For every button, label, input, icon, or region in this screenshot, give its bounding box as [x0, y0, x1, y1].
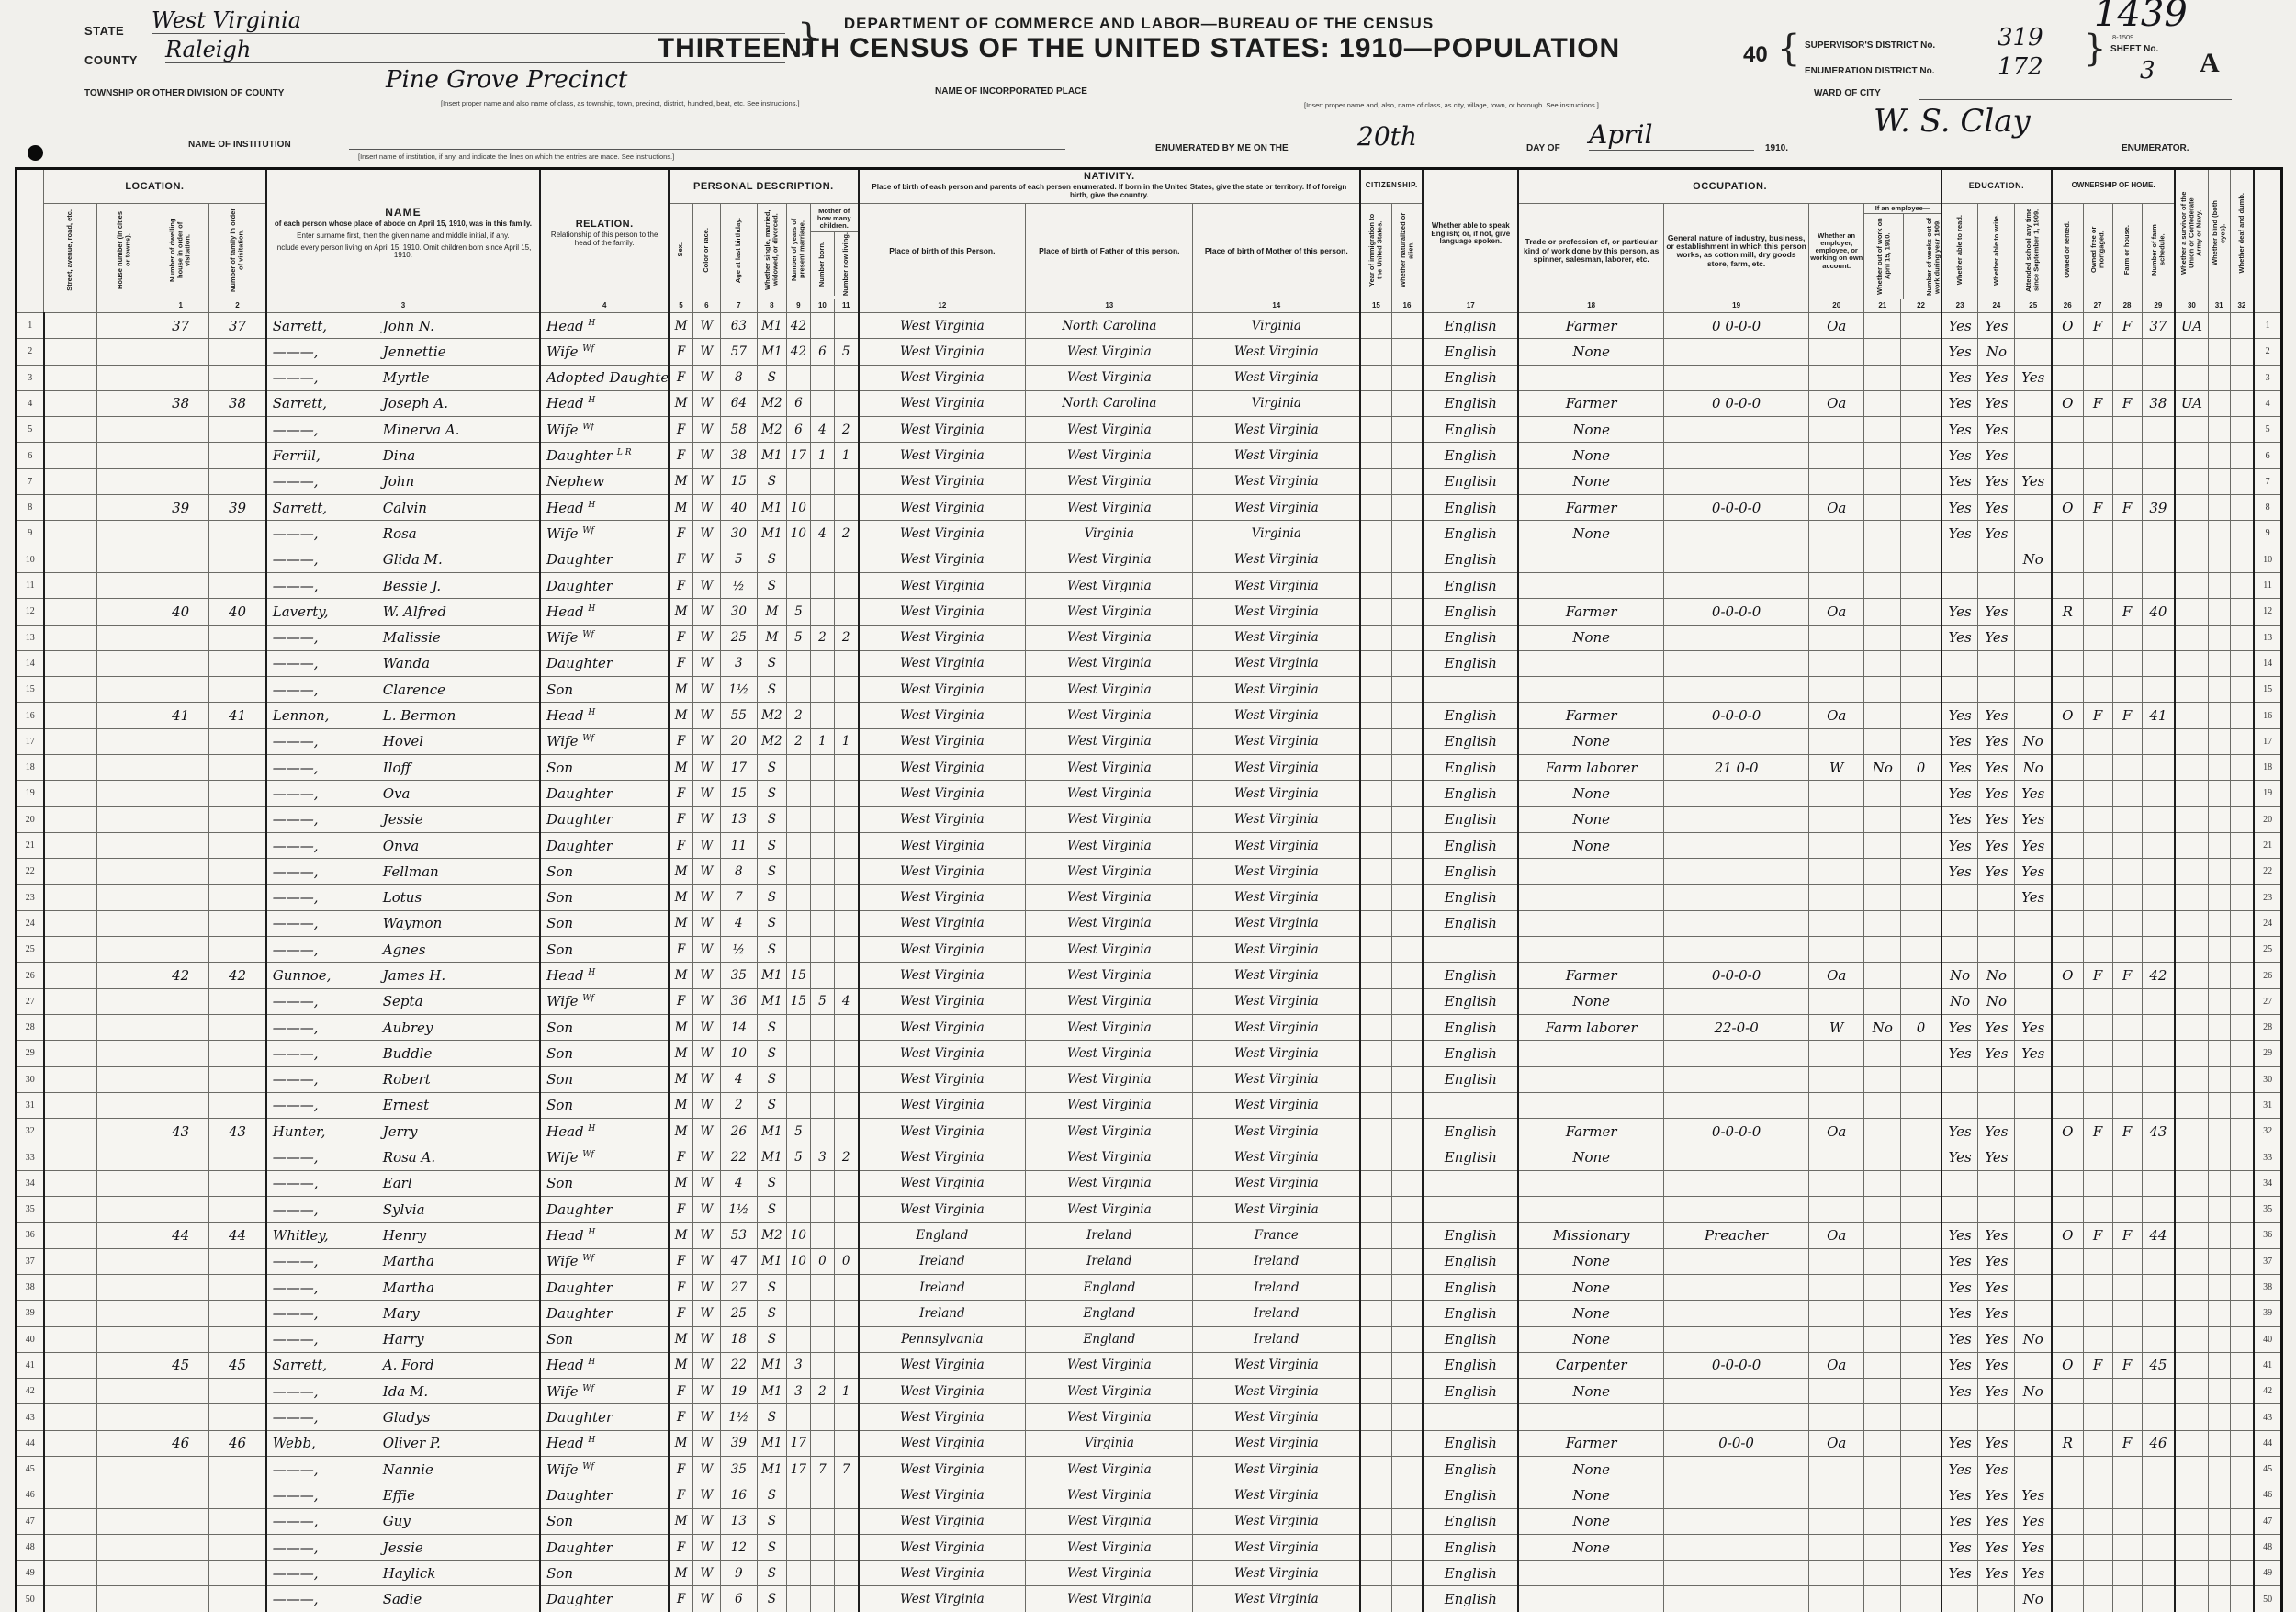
column-number: 10: [810, 299, 834, 312]
house-number-cell: [97, 781, 152, 806]
industry-cell: [1664, 365, 1809, 390]
relation-cell: Son: [540, 1092, 669, 1118]
children-born-cell: [810, 468, 834, 494]
years-married-cell: [786, 1014, 810, 1040]
relation-value: Daughter: [546, 838, 613, 854]
surname: ———,: [273, 1409, 383, 1426]
deaf-dumb-cell: [2230, 1092, 2254, 1118]
free-mortgaged-cell: [2083, 599, 2112, 625]
surname: Sarrett,: [273, 395, 383, 411]
home-owned-cell: [2052, 781, 2083, 806]
dwelling-number-cell: [152, 1457, 209, 1482]
marital-status-cell: M2: [757, 390, 786, 416]
age-cell: 57: [720, 339, 757, 365]
attended-school-cell: [2015, 1223, 2052, 1248]
dwelling-number-cell: [152, 806, 209, 832]
enumerated-day: 20th: [1357, 121, 1514, 152]
deaf-dumb-cell: [2230, 677, 2254, 703]
relation-value: Son: [546, 941, 573, 958]
immigration-year-cell: [1360, 521, 1391, 547]
relation-value: Daughter: [546, 1201, 613, 1218]
table-row: 9———,RosaWife WfFW30M11042West VirginiaV…: [17, 521, 2282, 547]
family-number-cell: 39: [209, 495, 266, 521]
name-cell: ———,Ernest: [266, 1092, 540, 1118]
name-cell: ———,Onva: [266, 832, 540, 858]
owned-rented-column-header: Owned or rented.: [2052, 203, 2083, 299]
veteran-cell: [2175, 521, 2208, 547]
sex-cell: M: [669, 1561, 692, 1586]
house-number-cell: [97, 1274, 152, 1300]
line-number-right: 10: [2254, 547, 2281, 572]
surname: ———,: [273, 1253, 383, 1269]
can-read-cell: Yes: [1941, 1119, 1978, 1144]
house-number-cell: [97, 599, 152, 625]
line-number: 6: [17, 443, 44, 468]
veteran-cell: [2175, 547, 2208, 572]
naturalization-cell: [1391, 1066, 1423, 1092]
free-mortgaged-cell: [2083, 417, 2112, 443]
industry-cell: [1664, 1404, 1809, 1430]
color-race-cell: W: [692, 963, 720, 988]
naturalization-cell: [1391, 417, 1423, 443]
birthplace-cell: West Virginia: [859, 832, 1026, 858]
line-number-right: 28: [2254, 1014, 2281, 1040]
line-number: 31: [17, 1092, 44, 1118]
farm-or-house-cell: [2112, 754, 2142, 780]
years-married-cell: 3: [786, 1352, 810, 1378]
language-cell: English: [1423, 572, 1518, 598]
attended-school-cell: Yes: [2015, 365, 2052, 390]
immigration-year-cell: [1360, 1508, 1391, 1534]
mother-birthplace-cell: West Virginia: [1193, 806, 1360, 832]
dwelling-number-cell: 43: [152, 1119, 209, 1144]
relation-cell: Son: [540, 677, 669, 703]
father-birthplace-cell: Ireland: [1026, 1248, 1193, 1274]
father-birthplace-cell: West Virginia: [1026, 885, 1193, 910]
naturalization-cell: [1391, 1561, 1423, 1586]
sex-cell: F: [669, 781, 692, 806]
weeks-out-cell: [1901, 468, 1941, 494]
street-cell: [44, 885, 97, 910]
can-read-cell: [1941, 677, 1978, 703]
column-number: 27: [2083, 299, 2112, 312]
can-write-cell: Yes: [1978, 1248, 2015, 1274]
occupation-cell: None: [1518, 1457, 1663, 1482]
blind-cell: [2208, 443, 2230, 468]
can-read-cell: [1941, 1404, 1978, 1430]
line-number: 14: [17, 650, 44, 676]
table-body: 13737Sarrett,John N.Head HMW63M142West V…: [17, 312, 2282, 1612]
father-birthplace-cell: West Virginia: [1026, 1352, 1193, 1378]
immigration-year-cell: [1360, 1197, 1391, 1223]
employer-status-cell: Oa: [1809, 599, 1864, 625]
children-born-cell: 6: [810, 339, 834, 365]
sex-cell: M: [669, 1170, 692, 1196]
line-number-right: 29: [2254, 1041, 2281, 1066]
free-mortgaged-cell: [2083, 988, 2112, 1014]
children-born-cell: 1: [810, 443, 834, 468]
line-number: 1: [17, 312, 44, 338]
deaf-dumb-cell: [2230, 572, 2254, 598]
relation-cell: Wife Wf: [540, 988, 669, 1014]
line-number-right: 8: [2254, 495, 2281, 521]
table-row: 324343Hunter,JerryHead HMW26M15West Virg…: [17, 1119, 2282, 1144]
immigration-year-cell: [1360, 1534, 1391, 1560]
blind-cell: [2208, 832, 2230, 858]
name-cell: ———,John: [266, 468, 540, 494]
occupation-cell: None: [1518, 832, 1663, 858]
home-owned-cell: [2052, 885, 2083, 910]
veteran-cell: UA: [2175, 312, 2208, 338]
age-cell: 17: [720, 754, 757, 780]
children-born-cell: [810, 1274, 834, 1300]
home-owned-cell: [2052, 1248, 2083, 1274]
surname: Sarrett,: [273, 318, 383, 334]
can-write-cell: [1978, 910, 2015, 936]
relation-value: Son: [546, 1565, 573, 1582]
weeks-out-cell: [1901, 1066, 1941, 1092]
street-cell: [44, 1248, 97, 1274]
deaf-dumb-cell: [2230, 650, 2254, 676]
language-cell: English: [1423, 599, 1518, 625]
free-mortgaged-cell: F: [2083, 1223, 2112, 1248]
immigration-year-cell: [1360, 781, 1391, 806]
dwelling-number-cell: [152, 937, 209, 963]
column-number: 25: [2015, 299, 2052, 312]
table-row: 42———,Ida M.Wife WfFW19M1321West Virgini…: [17, 1379, 2282, 1404]
attended-school-cell: Yes: [2015, 468, 2052, 494]
column-number: 9: [786, 299, 810, 312]
street-cell: [44, 806, 97, 832]
free-mortgaged-cell: [2083, 1014, 2112, 1040]
color-race-cell: W: [692, 339, 720, 365]
employer-status-cell: [1809, 572, 1864, 598]
weeks-out-cell: [1901, 728, 1941, 754]
children-living-cell: [834, 1561, 858, 1586]
years-married-cell: [786, 572, 810, 598]
immigration-year-cell: [1360, 937, 1391, 963]
given-name: Bessie J.: [383, 578, 441, 594]
mother-birthplace-cell: West Virginia: [1193, 468, 1360, 494]
free-mortgaged-cell: [2083, 937, 2112, 963]
years-married-cell: [786, 1404, 810, 1430]
surname: ———,: [273, 682, 383, 698]
farm-or-house-cell: F: [2112, 1119, 2142, 1144]
marital-status-cell: S: [757, 1041, 786, 1066]
sheet-label: SHEET No.: [2110, 44, 2158, 54]
veteran-cell: [2175, 781, 2208, 806]
home-owned-cell: [2052, 1379, 2083, 1404]
line-number-right: 35: [2254, 1197, 2281, 1223]
birthplace-cell: West Virginia: [859, 390, 1026, 416]
deaf-dumb-cell: [2230, 1041, 2254, 1066]
dwelling-number-cell: [152, 1326, 209, 1352]
industry-cell: [1664, 677, 1809, 703]
table-row: 414545Sarrett,A. FordHead HMW22M13West V…: [17, 1352, 2282, 1378]
veteran-cell: [2175, 443, 2208, 468]
township-label: TOWNSHIP OR OTHER DIVISION OF COUNTY: [84, 88, 284, 98]
house-number-cell: [97, 1066, 152, 1092]
line-number: 44: [17, 1430, 44, 1456]
line-number: 20: [17, 806, 44, 832]
marital-status-cell: S: [757, 1482, 786, 1508]
children-living-cell: [834, 1508, 858, 1534]
deaf-dumb-cell: [2230, 547, 2254, 572]
deaf-dumb-cell: [2230, 832, 2254, 858]
dwelling-number-cell: 40: [152, 599, 209, 625]
immigration-year-cell: [1360, 1248, 1391, 1274]
relation-cell: Head H: [540, 495, 669, 521]
attended-school-cell: Yes: [2015, 1041, 2052, 1066]
street-cell: [44, 1092, 97, 1118]
color-race-cell: W: [692, 1144, 720, 1170]
column-number-row: 1234567891011121314151617181920212223242…: [17, 299, 2282, 312]
name-cell: ———,Minerva A.: [266, 417, 540, 443]
house-number-cell: [97, 1534, 152, 1560]
table-row: 83939Sarrett,CalvinHead HMW40M110West Vi…: [17, 495, 2282, 521]
occupation-cell: [1518, 1586, 1663, 1612]
years-married-cell: [786, 910, 810, 936]
dwelling-number-cell: [152, 1482, 209, 1508]
surname: ———,: [273, 760, 383, 776]
house-number-cell: [97, 521, 152, 547]
immigration-year-cell: [1360, 468, 1391, 494]
home-owned-cell: [2052, 677, 2083, 703]
marital-status-cell: M1: [757, 988, 786, 1014]
immigration-year-cell: [1360, 1066, 1391, 1092]
color-race-cell: W: [692, 1404, 720, 1430]
state-label: STATE: [84, 24, 124, 38]
farm-schedule-cell: 43: [2142, 1119, 2175, 1144]
years-married-cell: 5: [786, 1144, 810, 1170]
column-number: 2: [209, 299, 266, 312]
marital-status-cell: S: [757, 1561, 786, 1586]
blind-cell: [2208, 547, 2230, 572]
mother-birthplace-cell: West Virginia: [1193, 1482, 1360, 1508]
birthplace-cell: West Virginia: [859, 1014, 1026, 1040]
employer-status-cell: W: [1809, 754, 1864, 780]
out-of-work-cell: [1864, 1248, 1901, 1274]
relation-value: Son: [546, 889, 573, 906]
weeks-out-cell: [1901, 1482, 1941, 1508]
table-row: 40———,HarrySon MW18SPennsylvaniaEnglandI…: [17, 1326, 2282, 1352]
veteran-cell: [2175, 1457, 2208, 1482]
home-owned-cell: [2052, 1197, 2083, 1223]
language-cell: English: [1423, 1223, 1518, 1248]
years-married-cell: 17: [786, 1457, 810, 1482]
attended-school-cell: [2015, 1092, 2052, 1118]
immigration-year-cell: [1360, 988, 1391, 1014]
line-number-right: 48: [2254, 1534, 2281, 1560]
house-number-cell: [97, 339, 152, 365]
children-living-cell: 4: [834, 988, 858, 1014]
farm-schedule-cell: 44: [2142, 1223, 2175, 1248]
age-cell: 22: [720, 1352, 757, 1378]
veteran-cell: [2175, 625, 2208, 650]
children-born-cell: [810, 1041, 834, 1066]
years-married-cell: 6: [786, 417, 810, 443]
color-race-cell: W: [692, 1301, 720, 1326]
free-mortgaged-cell: F: [2083, 963, 2112, 988]
column-number: 21: [1864, 299, 1901, 312]
employer-status-cell: [1809, 1561, 1864, 1586]
farm-schedule-cell: [2142, 1170, 2175, 1196]
relation-value: Daughter: [546, 811, 613, 828]
age-cell: 25: [720, 1301, 757, 1326]
column-number: 1: [152, 299, 209, 312]
marital-status-cell: S: [757, 1197, 786, 1223]
veteran-cell: [2175, 365, 2208, 390]
immigration-year-cell: [1360, 417, 1391, 443]
street-cell: [44, 390, 97, 416]
naturalization-cell: [1391, 650, 1423, 676]
blind-cell: [2208, 988, 2230, 1014]
immigration-year-cell: [1360, 1586, 1391, 1612]
relation-value: Daughter: [546, 1409, 613, 1426]
language-cell: English: [1423, 703, 1518, 728]
free-mortgaged-cell: [2083, 650, 2112, 676]
line-number: 29: [17, 1041, 44, 1066]
father-birthplace-cell: North Carolina: [1026, 390, 1193, 416]
corner-number: 1439: [2094, 0, 2188, 35]
children-born-cell: [810, 885, 834, 910]
marital-status-cell: M1: [757, 443, 786, 468]
color-race-cell: W: [692, 1119, 720, 1144]
relation-value: Son: [546, 915, 573, 931]
children-living-cell: [834, 910, 858, 936]
veteran-column-header: Whether a survivor of the Union or Confe…: [2175, 169, 2208, 299]
marital-status-cell: S: [757, 1326, 786, 1352]
sex-cell: F: [669, 1248, 692, 1274]
surname: ———,: [273, 941, 383, 958]
naturalization-cell: [1391, 1014, 1423, 1040]
blind-cell: [2208, 417, 2230, 443]
children-living-cell: 1: [834, 728, 858, 754]
relation-value: Wife: [546, 1149, 578, 1166]
language-cell: English: [1423, 1586, 1518, 1612]
home-owned-cell: [2052, 521, 2083, 547]
industry-cell: Preacher: [1664, 1223, 1809, 1248]
employer-status-cell: [1809, 1508, 1864, 1534]
attended-school-cell: Yes: [2015, 859, 2052, 885]
mother-birthplace-cell: West Virginia: [1193, 365, 1360, 390]
weeks-out-cell: [1901, 1508, 1941, 1534]
sex-cell: F: [669, 650, 692, 676]
surname: ———,: [273, 1487, 383, 1504]
name-cell: Hunter,Jerry: [266, 1119, 540, 1144]
sex-cell: M: [669, 1066, 692, 1092]
relation-value: Head: [546, 318, 584, 334]
street-cell: [44, 859, 97, 885]
industry-cell: [1664, 625, 1809, 650]
age-cell: 30: [720, 599, 757, 625]
street-cell: [44, 1561, 97, 1586]
relation-value: Son: [546, 1097, 573, 1113]
relation-cell: Daughter: [540, 547, 669, 572]
occupation-cell: [1518, 1404, 1663, 1430]
relation-value: Daughter: [546, 551, 613, 568]
home-owned-cell: O: [2052, 703, 2083, 728]
language-cell: English: [1423, 417, 1518, 443]
sex-cell: F: [669, 521, 692, 547]
immigration-year-cell: [1360, 1430, 1391, 1456]
children-born-cell: [810, 832, 834, 858]
sheet-value: 3: [2140, 57, 2155, 85]
free-mortgaged-cell: [2083, 781, 2112, 806]
farm-or-house-cell: [2112, 1170, 2142, 1196]
industry-cell: [1664, 443, 1809, 468]
language-cell: English: [1423, 547, 1518, 572]
language-cell: English: [1423, 728, 1518, 754]
father-birthplace-cell: West Virginia: [1026, 1197, 1193, 1223]
language-cell: [1423, 1197, 1518, 1223]
weeks-out-cell: [1901, 859, 1941, 885]
children-living-cell: [834, 1092, 858, 1118]
occupation-cell: [1518, 1197, 1663, 1223]
farm-schedule-cell: [2142, 754, 2175, 780]
house-number-cell: [97, 625, 152, 650]
line-number-right: 46: [2254, 1482, 2281, 1508]
father-birthplace-cell: West Virginia: [1026, 1561, 1193, 1586]
naturalization-cell: [1391, 390, 1423, 416]
industry-cell: [1664, 1197, 1809, 1223]
family-number-cell: [209, 988, 266, 1014]
sex-cell: M: [669, 754, 692, 780]
home-owned-cell: O: [2052, 1352, 2083, 1378]
home-owned-cell: [2052, 728, 2083, 754]
children-born-cell: 2: [810, 625, 834, 650]
sex-cell: F: [669, 1457, 692, 1482]
can-read-cell: No: [1941, 963, 1978, 988]
relation-value: Daughter: [546, 447, 613, 464]
relation-mark: H: [588, 604, 595, 614]
marital-status-cell: S: [757, 885, 786, 910]
given-name: Aubrey: [383, 1020, 433, 1036]
can-write-cell: Yes: [1978, 703, 2015, 728]
given-name: Effie: [383, 1487, 415, 1504]
house-number-cell: [97, 703, 152, 728]
family-number-cell: [209, 468, 266, 494]
blind-cell: [2208, 677, 2230, 703]
age-cell: 4: [720, 910, 757, 936]
employer-status-cell: [1809, 1092, 1864, 1118]
veteran-cell: [2175, 1534, 2208, 1560]
can-write-cell: No: [1978, 988, 2015, 1014]
deaf-dumb-cell: [2230, 365, 2254, 390]
weeks-out-cell: [1901, 1144, 1941, 1170]
column-number: 32: [2230, 299, 2254, 312]
years-married-cell: [786, 1586, 810, 1612]
deaf-dumb-cell: [2230, 339, 2254, 365]
can-read-cell: Yes: [1941, 1248, 1978, 1274]
farm-schedule-cell: [2142, 625, 2175, 650]
father-birthplace-cell: West Virginia: [1026, 625, 1193, 650]
farm-house-column-header: Farm or house.: [2112, 203, 2142, 299]
out-of-work-cell: [1864, 443, 1901, 468]
marital-status-cell: S: [757, 1586, 786, 1612]
deaf-dumb-cell: [2230, 417, 2254, 443]
street-cell: [44, 547, 97, 572]
color-race-cell: W: [692, 1066, 720, 1092]
years-married-cell: [786, 650, 810, 676]
years-married-cell: [786, 1041, 810, 1066]
street-cell: [44, 625, 97, 650]
free-mortgaged-cell: [2083, 754, 2112, 780]
language-cell: English: [1423, 806, 1518, 832]
children-born-cell: 3: [810, 1144, 834, 1170]
birthplace-cell: West Virginia: [859, 677, 1026, 703]
name-cell: Whitley,Henry: [266, 1223, 540, 1248]
